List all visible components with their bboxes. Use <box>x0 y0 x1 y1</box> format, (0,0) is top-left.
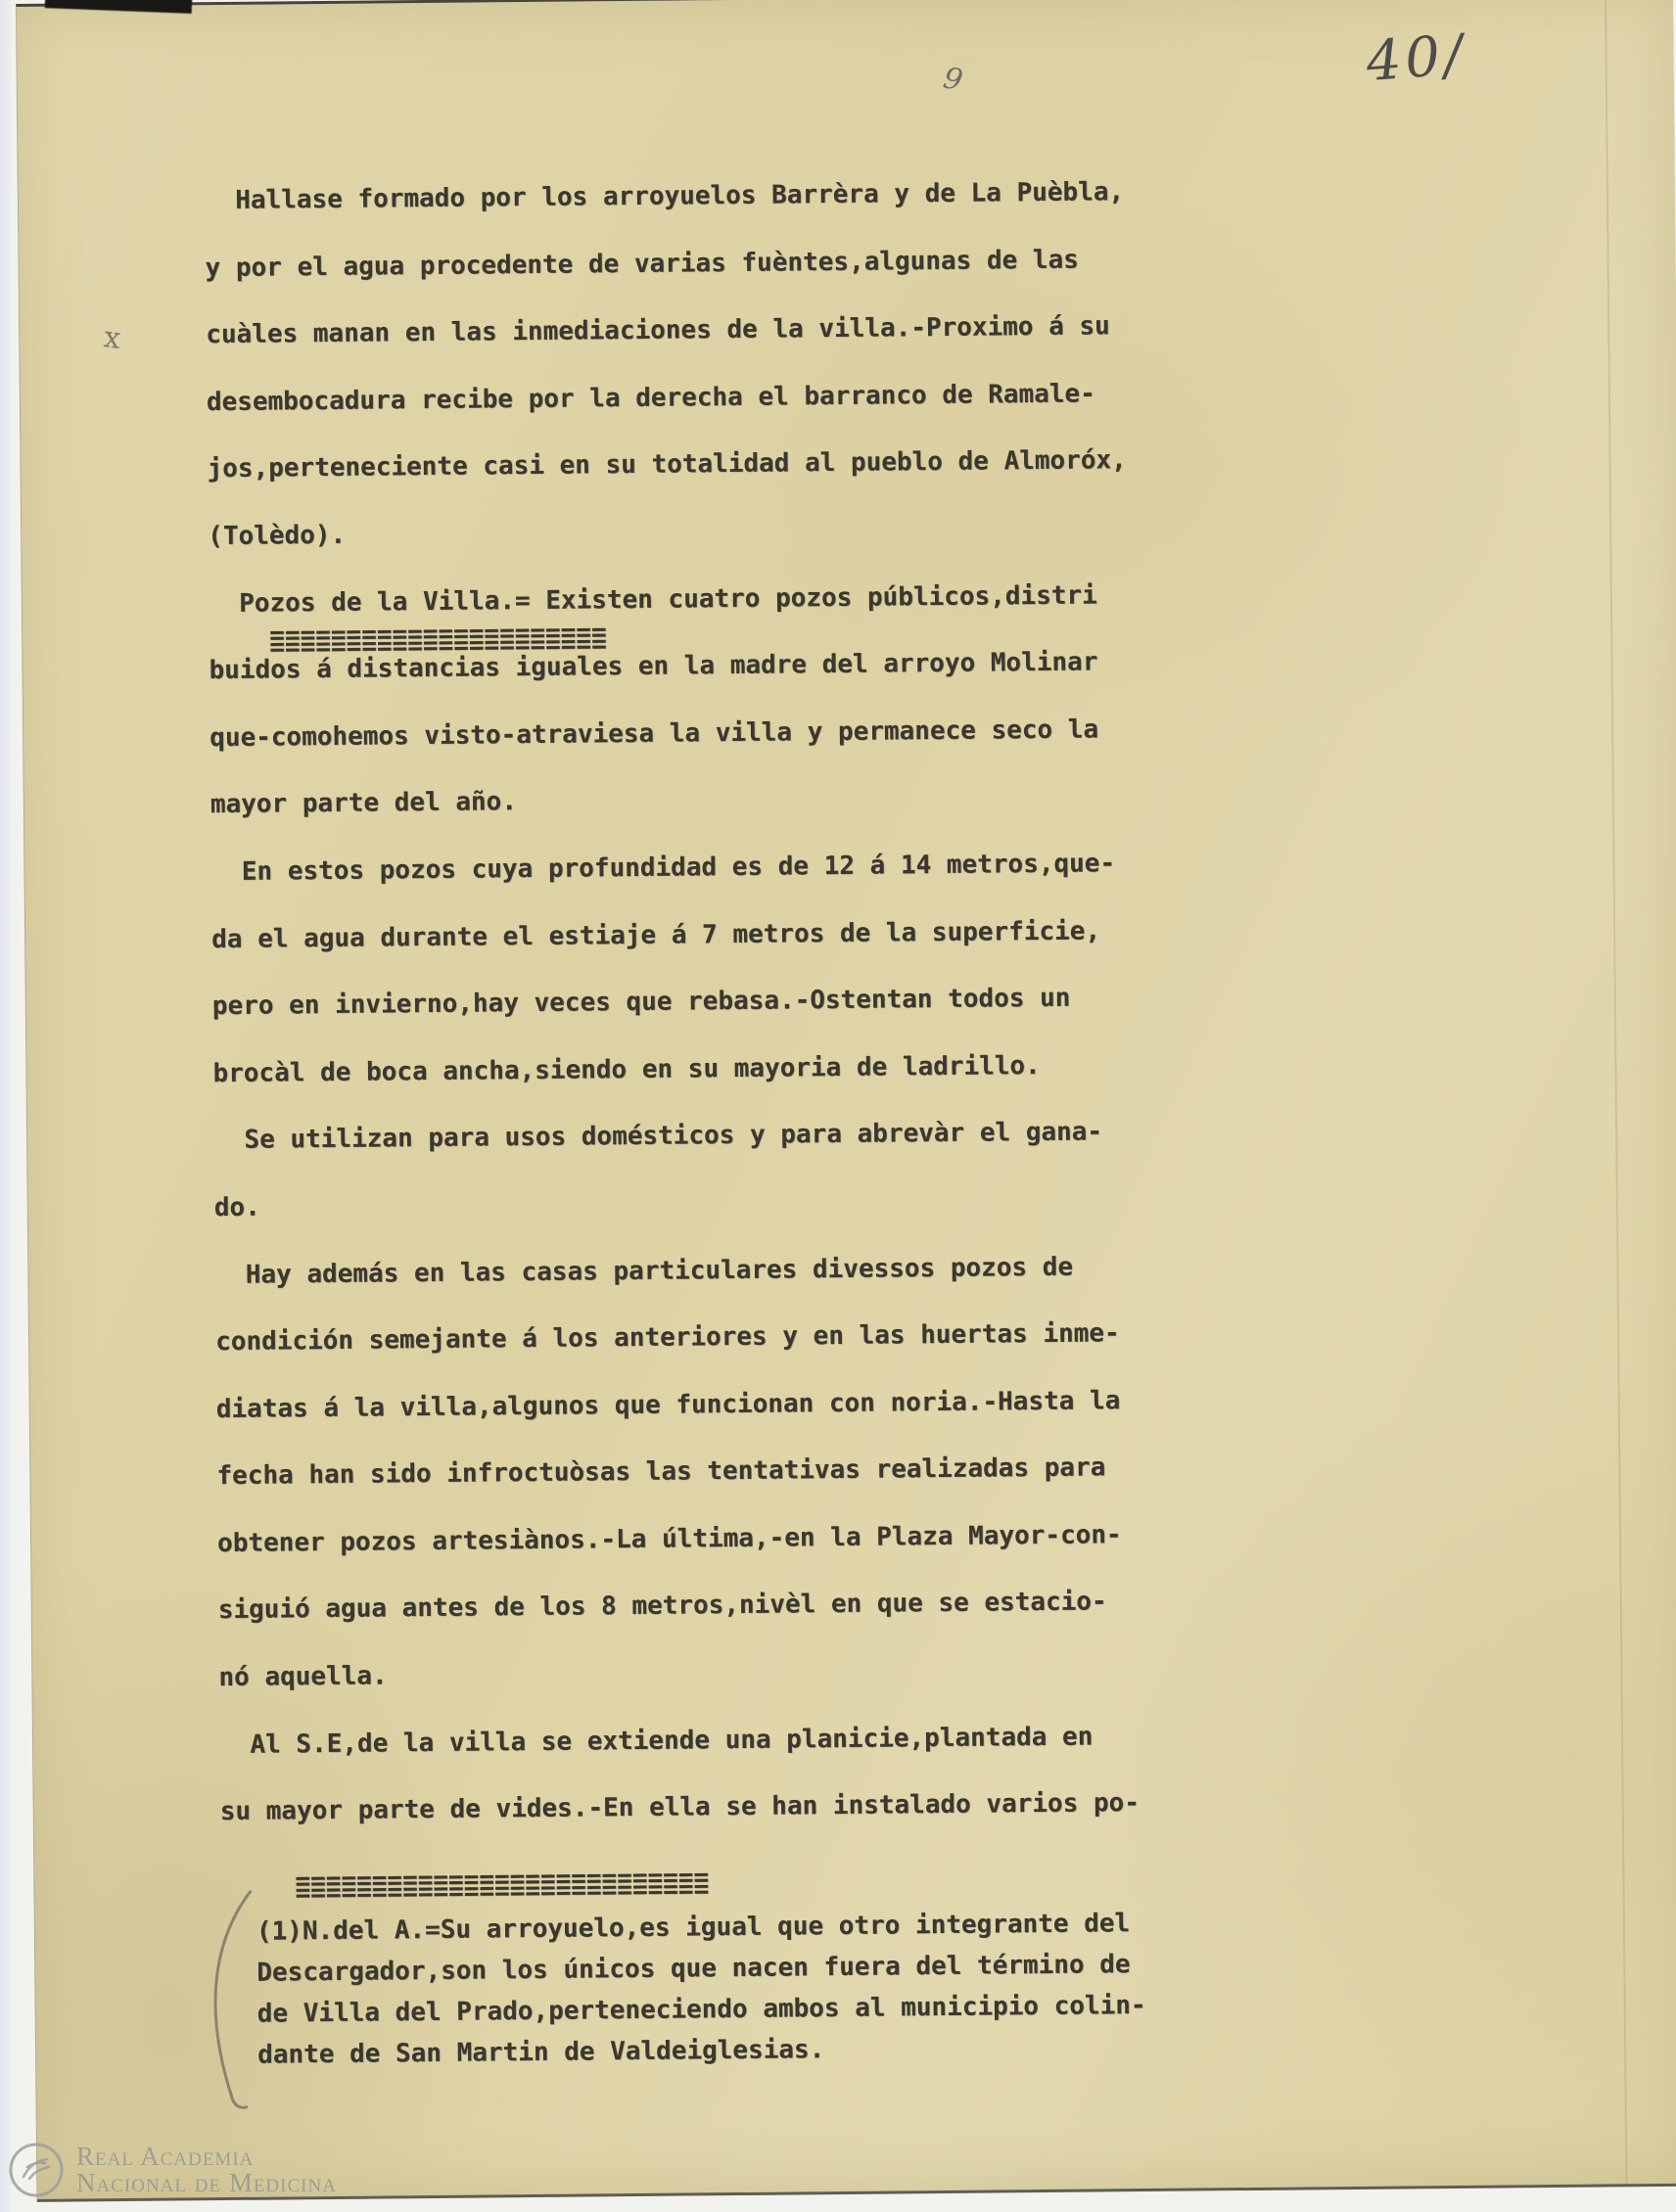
academia-seal-icon <box>8 2142 65 2198</box>
paper-crease <box>1605 0 1628 2184</box>
scan-edge-strip <box>0 0 12 2212</box>
archive-watermark: Real Academia Nacional de Medicina <box>8 2142 337 2198</box>
footnote-separator: =========================== <box>295 1874 709 1908</box>
document-page: 40/ 9 x Hallase formado por los arroyuel… <box>16 0 1676 2202</box>
watermark-line1: Real Academia <box>76 2143 337 2170</box>
text-line: su mayor parte de vides.-En ella se han … <box>219 1766 1610 1846</box>
heading-underline: ====================== <box>269 629 607 662</box>
margin-cross-mark: x <box>102 320 122 356</box>
watermark-line2: Nacional de Medicina <box>76 2170 337 2196</box>
footnote: (1)N.del A.=Su arroyuelo,es igual que ot… <box>256 1898 1649 2076</box>
typewritten-body: Hallase formado por los arroyuelos Barrè… <box>205 155 1610 1846</box>
footnote-brace-mark <box>193 1886 263 2112</box>
scanned-document: { "colors": { "paper": "#ded3a7", "ink":… <box>0 0 1676 2212</box>
page-number-annotation: 40/ <box>1364 23 1468 94</box>
stray-digit-annotation: 9 <box>941 61 966 98</box>
